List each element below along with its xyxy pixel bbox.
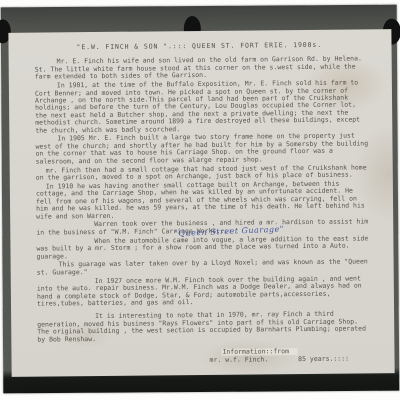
footer-credit: Information::from mr. w.f. Finch. 85 yea… xyxy=(221,347,370,364)
paragraph-1901-move: In 1901, at the time of the Buffalo Expo… xyxy=(35,80,368,135)
scanned-photo: "E.W. FINCH & SON ".::: QUEEN ST. FORT E… xyxy=(1,5,400,394)
document-title: "E.W. FINCH & SON ".::: QUEEN ST. FORT E… xyxy=(76,41,367,51)
paragraph-1970-rays-flowers: It is interesting to note that in 1970, … xyxy=(37,311,370,344)
paragraph-1910-accident: In 1910 he was having another small cott… xyxy=(36,180,369,220)
document-page: "E.W. FINCH & SON ".::: QUEEN ST. FORT E… xyxy=(8,29,394,377)
paragraph-automobile: When the automobile came into vogue, a l… xyxy=(36,235,369,260)
paragraph-farm: Mr. E. Finch his wife and son lived on t… xyxy=(35,56,368,81)
footer-source-name: mr. w.f. Finch. xyxy=(210,356,269,365)
footer-source-age: 85 years.:::: xyxy=(298,355,349,363)
paragraph-1927-dodge: In 1927 once more W.M. Finch took over t… xyxy=(37,275,370,308)
paragraph-1905-home: In 1905 Mr. E. Finch built a large two s… xyxy=(35,133,368,166)
footer-source-line: mr. w.f. Finch. 85 years.:::: xyxy=(210,356,371,365)
